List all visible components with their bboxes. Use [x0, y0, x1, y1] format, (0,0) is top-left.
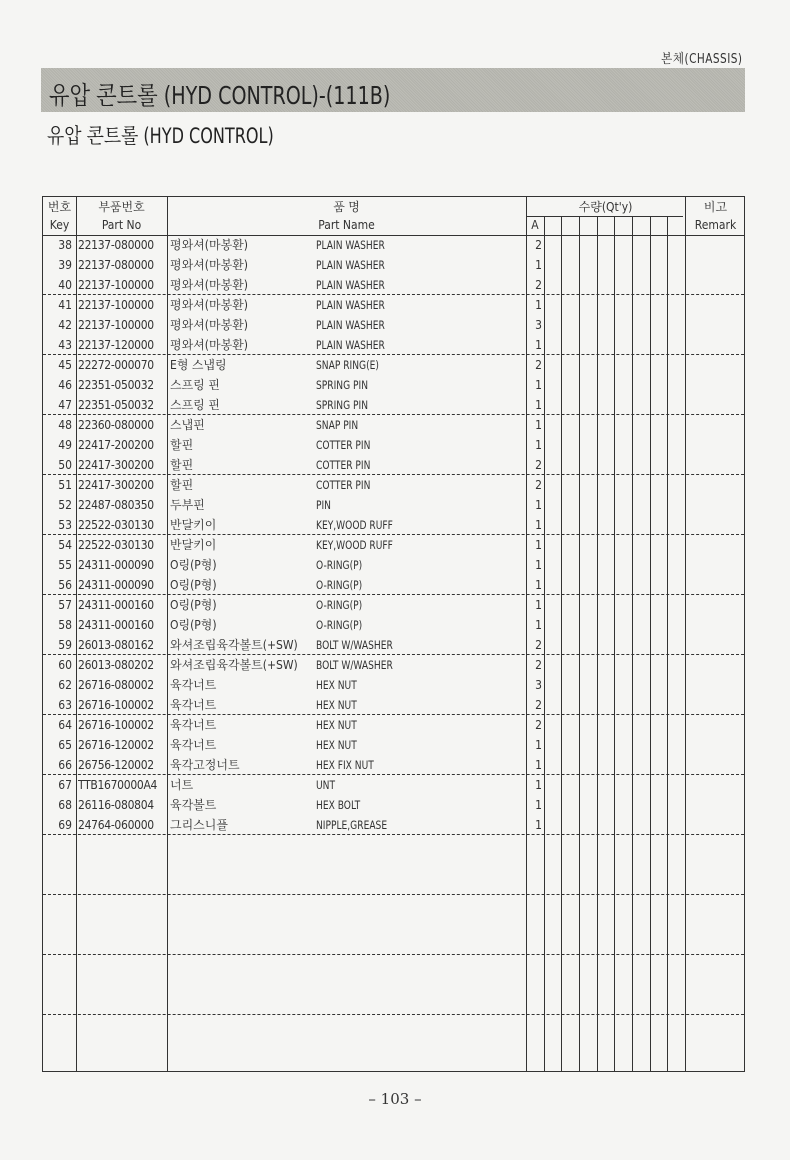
table-row: 5422522-030130반달키이KEY,WOOD RUFF1: [43, 535, 744, 555]
section-label: 본체(CHASSIS): [661, 48, 742, 67]
row-name-en: PLAIN WASHER: [316, 335, 385, 355]
row-key: 53: [43, 515, 72, 535]
row-key: 47: [43, 395, 72, 415]
row-name-ko: 육각너트: [170, 675, 216, 695]
column-divider: [526, 197, 527, 1071]
title-bar: 유압 콘트롤 (HYD CONTROL)-(111B): [41, 68, 745, 112]
row-name-ko: 육각너트: [170, 715, 216, 735]
column-divider: [167, 197, 168, 1071]
header-part-name-en: Part Name: [167, 216, 526, 234]
table-row: 5122417-300200할핀COTTER PIN2: [43, 475, 744, 495]
row-name-en: HEX FIX NUT: [316, 755, 374, 775]
row-qty: 1: [526, 255, 542, 275]
row-name-ko: 너트: [170, 775, 193, 795]
table-row: 3822137-080000평와셔(마봉환)PLAIN WASHER2: [43, 235, 744, 255]
row-name-en: SPRING PIN: [316, 395, 368, 415]
row-key: 48: [43, 415, 72, 435]
row-part-no: 22487-080350: [78, 495, 154, 515]
row-key: 67: [43, 775, 72, 795]
row-qty: 1: [526, 395, 542, 415]
row-name-ko: 육각너트: [170, 735, 216, 755]
group-separator: [43, 354, 744, 355]
row-name-en: PLAIN WASHER: [316, 315, 385, 335]
row-name-ko: 평와셔(마봉환): [170, 235, 248, 255]
row-name-ko: 육각볼트: [170, 795, 216, 815]
row-name-en: HEX NUT: [316, 735, 357, 755]
table-row: 4622351-050032스프링 핀SPRING PIN1: [43, 375, 744, 395]
row-key: 56: [43, 575, 72, 595]
row-name-ko: 육각너트: [170, 695, 216, 715]
row-qty: 1: [526, 515, 542, 535]
qty-subcolumn-divider: [597, 216, 598, 1071]
row-name-ko: 스프링 핀: [170, 395, 220, 415]
group-separator: [43, 1014, 744, 1015]
table-row: 4322137-120000평와셔(마봉환)PLAIN WASHER1: [43, 335, 744, 355]
qty-subcolumn-divider: [632, 216, 633, 1071]
row-name-ko: 할핀: [170, 475, 193, 495]
row-name-en: O-RING(P): [316, 555, 362, 575]
row-part-no: 26013-080162: [78, 635, 154, 655]
row-name-ko: 평와셔(마봉환): [170, 315, 248, 335]
table-row: 6826116-080804육각볼트HEX BOLT1: [43, 795, 744, 815]
header-key-ko: 번호: [43, 198, 76, 216]
row-key: 50: [43, 455, 72, 475]
row-name-en: NIPPLE,GREASE: [316, 815, 387, 835]
row-qty: 1: [526, 735, 542, 755]
table-row: 4122137-100000평와셔(마봉환)PLAIN WASHER1: [43, 295, 744, 315]
row-key: 55: [43, 555, 72, 575]
row-part-no: 26756-120002: [78, 755, 154, 775]
header-part-name-ko: 품 명: [167, 198, 526, 216]
row-qty: 1: [526, 375, 542, 395]
table-row: 6326716-100002육각너트HEX NUT2: [43, 695, 744, 715]
header-part-no-ko: 부품번호: [76, 198, 167, 216]
row-key: 39: [43, 255, 72, 275]
row-part-no: 22351-050032: [78, 375, 154, 395]
row-name-en: COTTER PIN: [316, 455, 370, 475]
group-separator: [43, 474, 744, 475]
row-name-ko: O링(P형): [170, 615, 217, 635]
row-qty: 2: [526, 715, 542, 735]
row-name-en: SNAP PIN: [316, 415, 358, 435]
table-row: 4722351-050032스프링 핀SPRING PIN1: [43, 395, 744, 415]
row-part-no: 22417-300200: [78, 455, 154, 475]
row-name-ko: 육각고정너트: [170, 755, 240, 775]
table-row: 5926013-080162와셔조립육각볼트(+SW)BOLT W/WASHER…: [43, 635, 744, 655]
row-name-en: HEX BOLT: [316, 795, 360, 815]
row-part-no: 22137-080000: [78, 235, 154, 255]
row-name-ko: O링(P형): [170, 595, 217, 615]
row-part-no: 26116-080804: [78, 795, 154, 815]
row-part-no: 26013-080202: [78, 655, 154, 675]
row-key: 49: [43, 435, 72, 455]
row-name-en: O-RING(P): [316, 595, 362, 615]
row-qty: 1: [526, 595, 542, 615]
parts-table: 번호 Key 부품번호 Part No 품 명 Part Name 수량(Qt'…: [42, 196, 745, 1072]
row-name-ko: O링(P형): [170, 575, 217, 595]
page-number: – 103 –: [0, 1090, 790, 1108]
table-row: 6526716-120002육각너트HEX NUT1: [43, 735, 744, 755]
row-name-ko: 평와셔(마봉환): [170, 255, 248, 275]
table-row: 6924764-060000그리스니플NIPPLE,GREASE1: [43, 815, 744, 835]
table-row: 6026013-080202와셔조립육각볼트(+SW)BOLT W/WASHER…: [43, 655, 744, 675]
column-divider: [76, 197, 77, 1071]
row-qty: 1: [526, 415, 542, 435]
header-key-en: Key: [43, 216, 76, 234]
row-name-ko: 와셔조립육각볼트(+SW): [170, 655, 298, 675]
row-part-no: 22351-050032: [78, 395, 154, 415]
group-separator: [43, 894, 744, 895]
qty-header-divider: [526, 216, 683, 217]
header-qty-col-a: A: [526, 216, 544, 234]
header-remark-ko: 비고: [685, 198, 746, 216]
table-row: 4222137-100000평와셔(마봉환)PLAIN WASHER3: [43, 315, 744, 335]
row-name-ko: 두부핀: [170, 495, 205, 515]
row-part-no: 22360-080000: [78, 415, 154, 435]
row-name-en: SNAP RING(E): [316, 355, 379, 375]
table-row: 5724311-000160O링(P형)O-RING(P)1: [43, 595, 744, 615]
row-key: 41: [43, 295, 72, 315]
qty-subcolumn-divider: [579, 216, 580, 1071]
row-name-en: BOLT W/WASHER: [316, 655, 393, 675]
row-qty: 1: [526, 535, 542, 555]
row-part-no: 24311-000090: [78, 575, 154, 595]
row-part-no: 22522-030130: [78, 535, 154, 555]
row-key: 51: [43, 475, 72, 495]
row-name-en: KEY,WOOD RUFF: [316, 535, 393, 555]
table-row: 5624311-000090O링(P형)O-RING(P)1: [43, 575, 744, 595]
group-separator: [43, 774, 744, 775]
table-row: 5824311-000160O링(P형)O-RING(P)1: [43, 615, 744, 635]
row-name-ko: 할핀: [170, 435, 193, 455]
row-key: 52: [43, 495, 72, 515]
qty-subcolumn-divider: [614, 216, 615, 1071]
row-name-en: PLAIN WASHER: [316, 275, 385, 295]
row-qty: 1: [526, 795, 542, 815]
row-qty: 1: [526, 755, 542, 775]
header-bottom-border: [43, 235, 744, 236]
row-name-ko: 그리스니플: [170, 815, 228, 835]
row-name-ko: 와셔조립육각볼트(+SW): [170, 635, 298, 655]
table-row: 5524311-000090O링(P형)O-RING(P)1: [43, 555, 744, 575]
row-key: 60: [43, 655, 72, 675]
row-part-no: 22272-000070: [78, 355, 154, 375]
row-part-no: 22522-030130: [78, 515, 154, 535]
row-qty: 2: [526, 235, 542, 255]
header-qty-ko: 수량(Qt'y): [526, 198, 685, 216]
row-qty: 1: [526, 335, 542, 355]
row-name-en: O-RING(P): [316, 615, 362, 635]
row-name-en: UNT: [316, 775, 335, 795]
row-name-en: SPRING PIN: [316, 375, 368, 395]
table-row: 4022137-100000평와셔(마봉환)PLAIN WASHER2: [43, 275, 744, 295]
row-key: 54: [43, 535, 72, 555]
row-name-en: COTTER PIN: [316, 435, 370, 455]
row-part-no: 26716-080002: [78, 675, 154, 695]
row-key: 57: [43, 595, 72, 615]
row-part-no: 22417-300200: [78, 475, 154, 495]
row-qty: 1: [526, 615, 542, 635]
row-name-en: BOLT W/WASHER: [316, 635, 393, 655]
group-separator: [43, 654, 744, 655]
row-name-en: HEX NUT: [316, 715, 357, 735]
row-key: 68: [43, 795, 72, 815]
group-separator: [43, 594, 744, 595]
table-row: 6426716-100002육각너트HEX NUT2: [43, 715, 744, 735]
row-part-no: 22137-100000: [78, 275, 154, 295]
row-name-ko: O링(P형): [170, 555, 217, 575]
row-key: 64: [43, 715, 72, 735]
row-name-ko: 할핀: [170, 455, 193, 475]
row-part-no: 22137-100000: [78, 315, 154, 335]
row-key: 38: [43, 235, 72, 255]
table-row: 4822360-080000스냅핀SNAP PIN1: [43, 415, 744, 435]
header-remark-en: Remark: [685, 216, 746, 234]
qty-subcolumn-divider: [667, 216, 668, 1071]
qty-subcolumn-divider: [544, 216, 545, 1071]
row-name-en: HEX NUT: [316, 695, 357, 715]
header-part-no-en: Part No: [76, 216, 167, 234]
table-row: 5022417-300200할핀COTTER PIN2: [43, 455, 744, 475]
row-part-no: 24311-000090: [78, 555, 154, 575]
row-name-ko: 반달키이: [170, 535, 216, 555]
group-separator: [43, 714, 744, 715]
row-key: 58: [43, 615, 72, 635]
row-key: 40: [43, 275, 72, 295]
page-title: 유압 콘트롤 (HYD CONTROL)-(111B): [49, 76, 390, 112]
group-separator: [43, 294, 744, 295]
row-part-no: 26716-120002: [78, 735, 154, 755]
row-qty: 2: [526, 695, 542, 715]
row-key: 42: [43, 315, 72, 335]
row-qty: 1: [526, 295, 542, 315]
row-name-ko: 반달키이: [170, 515, 216, 535]
row-name-en: PIN: [316, 495, 331, 515]
table-row: 6626756-120002육각고정너트HEX FIX NUT1: [43, 755, 744, 775]
row-part-no: TTB1670000A4: [78, 775, 157, 795]
table-row: 6226716-080002육각너트HEX NUT3: [43, 675, 744, 695]
page-subtitle: 유압 콘트롤 (HYD CONTROL): [47, 120, 274, 150]
row-qty: 1: [526, 575, 542, 595]
table-row: 3922137-080000평와셔(마봉환)PLAIN WASHER1: [43, 255, 744, 275]
row-qty: 1: [526, 555, 542, 575]
row-name-en: PLAIN WASHER: [316, 255, 385, 275]
row-key: 66: [43, 755, 72, 775]
row-key: 62: [43, 675, 72, 695]
row-key: 43: [43, 335, 72, 355]
row-qty: 2: [526, 455, 542, 475]
qty-subcolumn-divider: [650, 216, 651, 1071]
row-key: 59: [43, 635, 72, 655]
group-separator: [43, 834, 744, 835]
row-qty: 2: [526, 655, 542, 675]
row-name-en: COTTER PIN: [316, 475, 370, 495]
row-name-en: O-RING(P): [316, 575, 362, 595]
row-qty: 3: [526, 315, 542, 335]
row-name-ko: E형 스냅링: [170, 355, 227, 375]
row-qty: 2: [526, 355, 542, 375]
row-qty: 1: [526, 495, 542, 515]
row-name-en: KEY,WOOD RUFF: [316, 515, 393, 535]
row-name-en: PLAIN WASHER: [316, 295, 385, 315]
row-qty: 2: [526, 275, 542, 295]
row-qty: 2: [526, 475, 542, 495]
row-part-no: 26716-100002: [78, 715, 154, 735]
row-qty: 1: [526, 775, 542, 795]
group-separator: [43, 534, 744, 535]
table-row: 5322522-030130반달키이KEY,WOOD RUFF1: [43, 515, 744, 535]
row-part-no: 26716-100002: [78, 695, 154, 715]
row-qty: 1: [526, 815, 542, 835]
group-separator: [43, 954, 744, 955]
row-part-no: 24764-060000: [78, 815, 154, 835]
row-qty: 2: [526, 635, 542, 655]
row-part-no: 22417-200200: [78, 435, 154, 455]
table-row: 4922417-200200할핀COTTER PIN1: [43, 435, 744, 455]
row-key: 45: [43, 355, 72, 375]
row-key: 63: [43, 695, 72, 715]
row-name-ko: 스프링 핀: [170, 375, 220, 395]
row-part-no: 24311-000160: [78, 595, 154, 615]
table-row: 67TTB1670000A4너트UNT1: [43, 775, 744, 795]
row-part-no: 22137-120000: [78, 335, 154, 355]
row-key: 46: [43, 375, 72, 395]
row-key: 65: [43, 735, 72, 755]
table-row: 5222487-080350두부핀PIN1: [43, 495, 744, 515]
row-name-en: PLAIN WASHER: [316, 235, 385, 255]
row-part-no: 22137-100000: [78, 295, 154, 315]
row-qty: 1: [526, 435, 542, 455]
row-name-ko: 스냅핀: [170, 415, 205, 435]
row-key: 69: [43, 815, 72, 835]
row-qty: 3: [526, 675, 542, 695]
table-row: 4522272-000070E형 스냅링SNAP RING(E)2: [43, 355, 744, 375]
row-part-no: 22137-080000: [78, 255, 154, 275]
row-name-ko: 평와셔(마봉환): [170, 335, 248, 355]
qty-subcolumn-divider: [561, 216, 562, 1071]
row-name-ko: 평와셔(마봉환): [170, 275, 248, 295]
row-name-ko: 평와셔(마봉환): [170, 295, 248, 315]
column-divider: [685, 197, 686, 1071]
group-separator: [43, 414, 744, 415]
row-part-no: 24311-000160: [78, 615, 154, 635]
row-name-en: HEX NUT: [316, 675, 357, 695]
